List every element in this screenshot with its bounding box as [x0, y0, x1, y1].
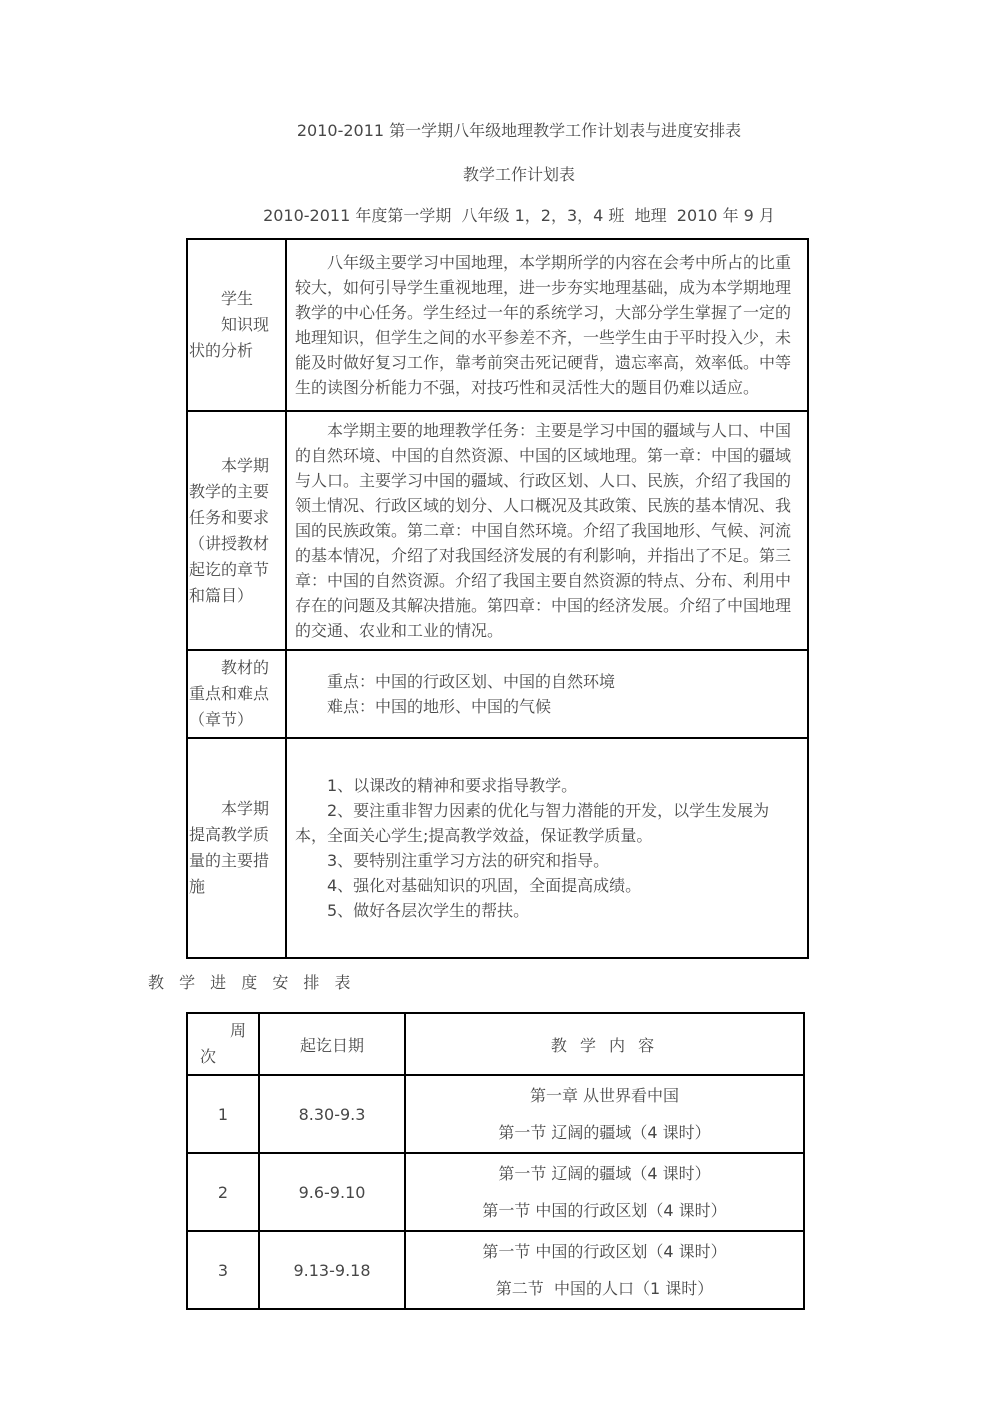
content-paragraph: 4、强化对基础知识的巩固，全面提高成绩。 — [295, 873, 799, 898]
plan-row-content: 1、以课改的精神和要求指导教学。 2、要注重非智力因素的优化与智力潜能的开发，以… — [286, 738, 808, 958]
page-title: 2010-2011 第一学期八年级地理教学工作计划表与进度安排表 — [231, 121, 807, 140]
col-header-week: 周 次 — [187, 1013, 259, 1075]
label-line: 本学期 — [189, 796, 284, 822]
label-line: 知识现状的分析 — [189, 312, 284, 364]
content-paragraph: 难点：中国的地形、中国的气候 — [295, 694, 799, 719]
plan-row-content: 八年级主要学习中国地理，本学期所学的内容在会考中所占的比重较大，如何引导学生重视… — [286, 239, 808, 411]
plan-row-content: 重点：中国的行政区划、中国的自然环境 难点：中国的地形、中国的气候 — [286, 650, 808, 738]
content-line: 第一节 辽阔的疆域（4 课时） — [406, 1120, 803, 1145]
dates-cell: 9.13-9.18 — [259, 1231, 405, 1309]
content-paragraph: 重点：中国的行政区划、中国的自然环境 — [295, 669, 799, 694]
dates-cell: 9.6-9.10 — [259, 1153, 405, 1231]
plan-row-key-difficult-points: 教材的重点和难点（章节） 重点：中国的行政区划、中国的自然环境 难点：中国的地形… — [187, 650, 808, 738]
label-line: 教学的主要任务和要求（讲授教材起讫的章节和篇目） — [189, 479, 284, 609]
content-line: 第一节 辽阔的疆域（4 课时） — [406, 1161, 803, 1186]
label-line: 教材的重点和难点（章节） — [189, 655, 284, 733]
plan-row-label: 本学期 提高教学质量的主要措施 — [187, 738, 286, 958]
content-paragraph: 本学期主要的地理教学任务：主要是学习中国的疆域与人口、中国的自然环境、中国的自然… — [295, 418, 799, 643]
content-paragraph: 1、以课改的精神和要求指导教学。 — [295, 773, 799, 798]
plan-table: 学生 知识现状的分析 八年级主要学习中国地理，本学期所学的内容在会考中所占的比重… — [186, 238, 809, 959]
plan-row-label: 本学期 教学的主要任务和要求（讲授教材起讫的章节和篇目） — [187, 411, 286, 650]
plan-row-label: 学生 知识现状的分析 — [187, 239, 286, 411]
content-paragraph: 3、要特别注重学习方法的研究和指导。 — [295, 848, 799, 873]
document-page: 2010-2011 第一学期八年级地理教学工作计划表与进度安排表 教学工作计划表… — [0, 0, 993, 1404]
content-cell: 第一节 辽阔的疆域（4 课时） 第一节 中国的行政区划（4 课时） — [405, 1153, 804, 1231]
week-header-line: 次 — [188, 1044, 258, 1070]
label-line: 学生 — [189, 286, 284, 312]
col-header-content: 教 学 内 容 — [405, 1013, 804, 1075]
week-header-line: 周 — [188, 1018, 258, 1044]
content-paragraph: 八年级主要学习中国地理，本学期所学的内容在会考中所占的比重较大，如何引导学生重视… — [295, 250, 799, 400]
doc-meta-line: 2010-2011 年度第一学期 八年级 1，2，3，4 班 地理 2010 年… — [231, 206, 807, 225]
plan-row-tasks-requirements: 本学期 教学的主要任务和要求（讲授教材起讫的章节和篇目） 本学期主要的地理教学任… — [187, 411, 808, 650]
label-line: 提高教学质量的主要措施 — [189, 822, 284, 900]
schedule-section-title: 教 学 进 度 安 排 表 — [148, 973, 993, 992]
week-cell: 3 — [187, 1231, 259, 1309]
schedule-header-row: 周 次 起讫日期 教 学 内 容 — [187, 1013, 804, 1075]
content-line: 第一节 中国的行政区划（4 课时） — [406, 1198, 803, 1223]
document-header: 2010-2011 第一学期八年级地理教学工作计划表与进度安排表 教学工作计划表… — [231, 0, 807, 225]
content-cell: 第一章 从世界看中国 第一节 辽阔的疆域（4 课时） — [405, 1075, 804, 1153]
schedule-table: 周 次 起讫日期 教 学 内 容 1 8.30-9.3 第一章 从世界看中国 第… — [186, 1012, 805, 1310]
plan-row-content: 本学期主要的地理教学任务：主要是学习中国的疆域与人口、中国的自然环境、中国的自然… — [286, 411, 808, 650]
schedule-row-week-1: 1 8.30-9.3 第一章 从世界看中国 第一节 辽阔的疆域（4 课时） — [187, 1075, 804, 1153]
label-line: 本学期 — [189, 453, 284, 479]
content-paragraph: 2、要注重非智力因素的优化与智力潜能的开发，以学生发展为本，全面关心学生;提高教… — [295, 798, 799, 848]
week-cell: 2 — [187, 1153, 259, 1231]
schedule-row-week-3: 3 9.13-9.18 第一节 中国的行政区划（4 课时） 第二节 中国的人口（… — [187, 1231, 804, 1309]
plan-row-student-analysis: 学生 知识现状的分析 八年级主要学习中国地理，本学期所学的内容在会考中所占的比重… — [187, 239, 808, 411]
content-line: 第一节 中国的行政区划（4 课时） — [406, 1239, 803, 1264]
plan-row-quality-measures: 本学期 提高教学质量的主要措施 1、以课改的精神和要求指导教学。 2、要注重非智… — [187, 738, 808, 958]
content-paragraph: 5、做好各层次学生的帮扶。 — [295, 898, 799, 923]
content-cell: 第一节 中国的行政区划（4 课时） 第二节 中国的人口（1 课时） — [405, 1231, 804, 1309]
schedule-row-week-2: 2 9.6-9.10 第一节 辽阔的疆域（4 课时） 第一节 中国的行政区划（4… — [187, 1153, 804, 1231]
plan-row-label: 教材的重点和难点（章节） — [187, 650, 286, 738]
content-line: 第二节 中国的人口（1 课时） — [406, 1276, 803, 1301]
col-header-dates: 起讫日期 — [259, 1013, 405, 1075]
dates-cell: 8.30-9.3 — [259, 1075, 405, 1153]
week-cell: 1 — [187, 1075, 259, 1153]
doc-subtitle: 教学工作计划表 — [231, 165, 807, 184]
content-line: 第一章 从世界看中国 — [406, 1083, 803, 1108]
